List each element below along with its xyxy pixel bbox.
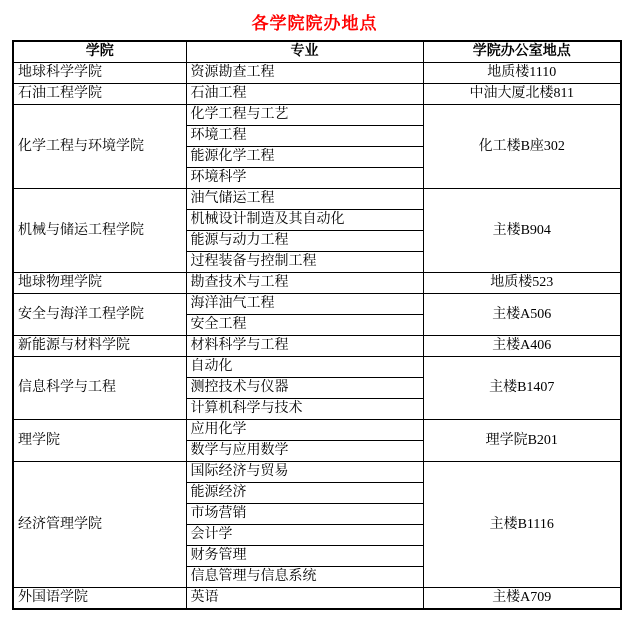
college-cell: 信息科学与工程: [13, 357, 186, 420]
table-row: 安全与海洋工程学院海洋油气工程主楼A506: [13, 294, 621, 315]
table-row: 地球物理学院勘查技术与工程地质楼523: [13, 273, 621, 294]
major-cell: 自动化: [186, 357, 423, 378]
header-row: 学院 专业 学院办公室地点: [13, 41, 621, 63]
office-cell: 中油大厦北楼811: [423, 84, 621, 105]
table-row: 理学院应用化学理学院B201: [13, 420, 621, 441]
office-cell: 理学院B201: [423, 420, 621, 462]
major-cell: 油气储运工程: [186, 189, 423, 210]
major-cell: 信息管理与信息系统: [186, 567, 423, 588]
college-cell: 新能源与材料学院: [13, 336, 186, 357]
major-cell: 海洋油气工程: [186, 294, 423, 315]
major-cell: 英语: [186, 588, 423, 610]
major-cell: 国际经济与贸易: [186, 462, 423, 483]
table-row: 信息科学与工程自动化主楼B1407: [13, 357, 621, 378]
office-cell: 主楼B904: [423, 189, 621, 273]
page-title: 各学院院办地点: [0, 0, 629, 40]
college-cell: 理学院: [13, 420, 186, 462]
office-cell: 化工楼B座302: [423, 105, 621, 189]
college-office-table: 学院 专业 学院办公室地点 地球科学学院资源勘查工程地质楼1110石油工程学院石…: [12, 40, 622, 610]
college-cell: 地球物理学院: [13, 273, 186, 294]
table-row: 经济管理学院国际经济与贸易主楼B1116: [13, 462, 621, 483]
office-cell: 主楼A406: [423, 336, 621, 357]
college-cell: 化学工程与环境学院: [13, 105, 186, 189]
major-cell: 财务管理: [186, 546, 423, 567]
major-cell: 应用化学: [186, 420, 423, 441]
major-cell: 测控技术与仪器: [186, 378, 423, 399]
table-row: 化学工程与环境学院化学工程与工艺化工楼B座302: [13, 105, 621, 126]
college-cell: 机械与储运工程学院: [13, 189, 186, 273]
table-row: 机械与储运工程学院油气储运工程主楼B904: [13, 189, 621, 210]
table-row: 地球科学学院资源勘查工程地质楼1110: [13, 63, 621, 84]
page: 各学院院办地点 学院 专业 学院办公室地点 地球科学学院资源勘查工程地质楼111…: [0, 0, 629, 619]
major-cell: 环境科学: [186, 168, 423, 189]
major-cell: 能源经济: [186, 483, 423, 504]
office-cell: 地质楼1110: [423, 63, 621, 84]
major-cell: 石油工程: [186, 84, 423, 105]
office-cell: 主楼B1116: [423, 462, 621, 588]
table-row: 新能源与材料学院材料科学与工程主楼A406: [13, 336, 621, 357]
major-cell: 机械设计制造及其自动化: [186, 210, 423, 231]
major-cell: 资源勘查工程: [186, 63, 423, 84]
major-cell: 能源与动力工程: [186, 231, 423, 252]
office-cell: 主楼B1407: [423, 357, 621, 420]
office-cell: 主楼A506: [423, 294, 621, 336]
header-major: 专业: [186, 41, 423, 63]
major-cell: 化学工程与工艺: [186, 105, 423, 126]
major-cell: 环境工程: [186, 126, 423, 147]
table-row: 石油工程学院石油工程中油大厦北楼811: [13, 84, 621, 105]
major-cell: 会计学: [186, 525, 423, 546]
college-cell: 安全与海洋工程学院: [13, 294, 186, 336]
major-cell: 材料科学与工程: [186, 336, 423, 357]
header-office: 学院办公室地点: [423, 41, 621, 63]
major-cell: 过程装备与控制工程: [186, 252, 423, 273]
office-cell: 主楼A709: [423, 588, 621, 610]
major-cell: 计算机科学与技术: [186, 399, 423, 420]
college-cell: 地球科学学院: [13, 63, 186, 84]
major-cell: 市场营销: [186, 504, 423, 525]
office-cell: 地质楼523: [423, 273, 621, 294]
table-body: 地球科学学院资源勘查工程地质楼1110石油工程学院石油工程中油大厦北楼811化学…: [13, 63, 621, 610]
major-cell: 数学与应用数学: [186, 441, 423, 462]
major-cell: 能源化学工程: [186, 147, 423, 168]
major-cell: 安全工程: [186, 315, 423, 336]
table-row: 外国语学院英语主楼A709: [13, 588, 621, 610]
college-cell: 石油工程学院: [13, 84, 186, 105]
college-cell: 外国语学院: [13, 588, 186, 610]
major-cell: 勘查技术与工程: [186, 273, 423, 294]
college-cell: 经济管理学院: [13, 462, 186, 588]
header-college: 学院: [13, 41, 186, 63]
